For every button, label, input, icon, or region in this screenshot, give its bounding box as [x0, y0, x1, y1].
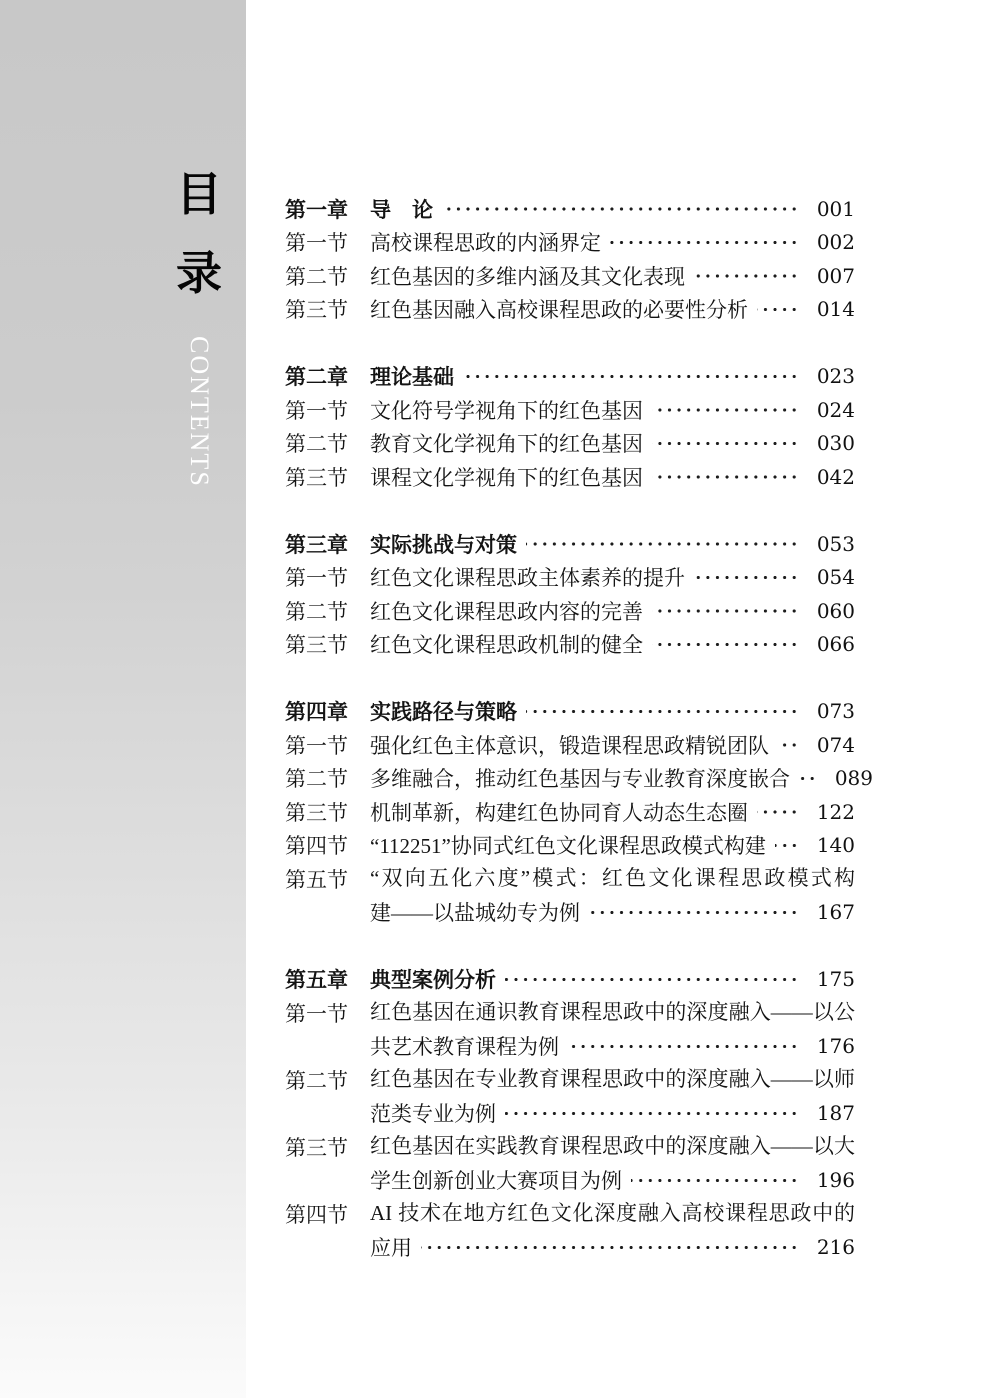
- section-title-line2: 范类专业为例: [370, 1098, 496, 1128]
- section-label: 第二节: [285, 763, 370, 793]
- section-row: 第四节 “112251”协同式红色文化课程思政模式构建 140: [285, 829, 855, 863]
- section-title-line2: 共艺术教育课程为例: [370, 1031, 559, 1061]
- section-row-wrapped-line1: 第四节 AI 技术在地方红色文化深度融入高校课程思政中的: [285, 1197, 855, 1231]
- dot-leader: [568, 1030, 799, 1064]
- page-number: 066: [809, 632, 855, 656]
- page-number: 074: [809, 733, 855, 757]
- dot-leader: [694, 561, 799, 595]
- page-number: 007: [809, 264, 855, 288]
- section-row-wrapped-line2: 学生创新创业大赛项目为例 196: [285, 1164, 855, 1198]
- section-label: 第三节: [285, 294, 370, 324]
- dot-leader: [610, 226, 799, 260]
- section-title: 多维融合，推动红色基因与专业教育深度嵌合: [370, 763, 790, 793]
- section-row: 第三节 红色文化课程思政机制的健全 066: [285, 628, 855, 662]
- section-row: 第一节 文化符号学视角下的红色基因 024: [285, 393, 855, 427]
- section-title-line1: 红色基因在通识教育课程思政中的深度融入——以公: [370, 996, 855, 1030]
- section-title: 文化符号学视角下的红色基因: [370, 395, 643, 425]
- section-title: 红色文化课程思政主体素养的提升: [370, 562, 685, 592]
- section-title-line2: 应用: [370, 1232, 412, 1262]
- page-number: 216: [809, 1235, 855, 1259]
- page-number: 023: [809, 364, 855, 388]
- dot-leader: [757, 795, 799, 829]
- page-number: 030: [809, 431, 855, 455]
- section-label: 第一节: [285, 730, 370, 760]
- section-title: 红色文化课程思政内容的完善: [370, 596, 643, 626]
- section-label: 第三节: [285, 1132, 370, 1162]
- section-row: 第二节 红色基因的多维内涵及其文化表现 007: [285, 259, 855, 293]
- dot-leader: [526, 527, 799, 561]
- section-title-line1: 红色基因在专业教育课程思政中的深度融入——以师: [370, 1063, 855, 1097]
- toc-title-char-1: 目: [168, 172, 230, 218]
- dot-leader: [631, 1164, 799, 1198]
- dot-leader: [589, 896, 799, 930]
- section-label: 第二节: [285, 596, 370, 626]
- dot-leader: [442, 192, 799, 226]
- section-row: 第二节 教育文化学视角下的红色基因 030: [285, 427, 855, 461]
- book-toc-page: 目 录 CONTENTS 第一章 导 论 001 第一节 高校课程思政的内涵界定…: [0, 0, 1000, 1398]
- toc-list: 第一章 导 论 001 第一节 高校课程思政的内涵界定 002 第二节 红色基因…: [285, 192, 855, 1264]
- section-title-line1: 红色基因在实践教育课程思政中的深度融入——以大: [370, 1130, 855, 1164]
- section-row-wrapped-line2: 应用 216: [285, 1231, 855, 1265]
- chapter-title: 理论基础: [370, 361, 454, 391]
- section-label: 第五节: [285, 864, 370, 894]
- dot-leader: [505, 1097, 799, 1131]
- chapter-title: 典型案例分析: [370, 964, 496, 994]
- section-row: 第一节 强化红色主体意识，锻造课程思政精锐团队 074: [285, 728, 855, 762]
- section-title: 红色基因融入高校课程思政的必要性分析: [370, 294, 748, 324]
- section-row: 第一节 高校课程思政的内涵界定 002: [285, 226, 855, 260]
- section-title-line2: 建——以盐城幼专为例: [370, 897, 580, 927]
- chapter-gap: [285, 494, 855, 528]
- toc-title-char-2: 录: [168, 251, 230, 297]
- section-label: 第二节: [285, 261, 370, 291]
- section-title-line1: “双向五化六度”模式：红色文化课程思政模式构: [370, 862, 855, 896]
- chapter-label: 第三章: [285, 529, 370, 559]
- page-number: 002: [809, 230, 855, 254]
- section-row: 第三节 机制革新，构建红色协同育人动态生态圈 122: [285, 795, 855, 829]
- chapter-gap: [285, 929, 855, 963]
- section-title: 教育文化学视角下的红色基因: [370, 428, 643, 458]
- section-row-wrapped-line1: 第五节 “双向五化六度”模式：红色文化课程思政模式构: [285, 862, 855, 896]
- dot-leader: [526, 695, 799, 729]
- page-number: 014: [809, 297, 855, 321]
- page-number: 140: [809, 833, 855, 857]
- section-label: 第一节: [285, 395, 370, 425]
- section-row-wrapped-line1: 第一节 红色基因在通识教育课程思政中的深度融入——以公: [285, 996, 855, 1030]
- section-title: “112251”协同式红色文化课程思政模式构建: [370, 830, 766, 860]
- dot-leader: [652, 393, 799, 427]
- section-row-wrapped-line2: 建——以盐城幼专为例 167: [285, 896, 855, 930]
- dot-leader: [652, 427, 799, 461]
- page-number: 175: [809, 967, 855, 991]
- section-title-line1: AI 技术在地方红色文化深度融入高校课程思政中的: [370, 1197, 855, 1231]
- dot-leader: [799, 762, 817, 796]
- section-row-wrapped-line2: 范类专业为例 187: [285, 1097, 855, 1131]
- section-label: 第三节: [285, 462, 370, 492]
- page-number: 073: [809, 699, 855, 723]
- dot-leader: [775, 829, 799, 863]
- page-number: 054: [809, 565, 855, 589]
- section-row: 第二节 多维融合，推动红色基因与专业教育深度嵌合 089: [285, 762, 855, 796]
- section-label: 第一节: [285, 998, 370, 1028]
- chapter-gap: [285, 326, 855, 360]
- page-number: 024: [809, 398, 855, 422]
- section-label: 第一节: [285, 562, 370, 592]
- chapter-row: 第一章 导 论 001: [285, 192, 855, 226]
- section-row: 第二节 红色文化课程思政内容的完善 060: [285, 594, 855, 628]
- dot-leader: [757, 293, 799, 327]
- section-label: 第三节: [285, 629, 370, 659]
- chapter-label: 第五章: [285, 964, 370, 994]
- sidebar: 目 录 CONTENTS: [0, 0, 246, 1398]
- toc-title: 目 录: [168, 172, 230, 297]
- section-row-wrapped-line1: 第三节 红色基因在实践教育课程思政中的深度融入——以大: [285, 1130, 855, 1164]
- chapter-label: 第一章: [285, 194, 370, 224]
- section-title: 高校课程思政的内涵界定: [370, 227, 601, 257]
- page-number: 053: [809, 532, 855, 556]
- section-label: 第四节: [285, 1199, 370, 1229]
- contents-vertical-label: CONTENTS: [184, 336, 214, 576]
- chapter-gap: [285, 661, 855, 695]
- dot-leader: [463, 360, 799, 394]
- section-row: 第三节 课程文化学视角下的红色基因 042: [285, 460, 855, 494]
- page-number: 187: [809, 1101, 855, 1125]
- dot-leader: [652, 594, 799, 628]
- section-label: 第四节: [285, 830, 370, 860]
- chapter-row: 第五章 典型案例分析 175: [285, 963, 855, 997]
- section-title: 机制革新，构建红色协同育人动态生态圈: [370, 797, 748, 827]
- page-number: 089: [827, 766, 873, 790]
- dot-leader: [778, 728, 799, 762]
- dot-leader: [652, 628, 799, 662]
- chapter-label: 第四章: [285, 696, 370, 726]
- section-row-wrapped-line2: 共艺术教育课程为例 176: [285, 1030, 855, 1064]
- section-label: 第二节: [285, 1065, 370, 1095]
- chapter-title: 实际挑战与对策: [370, 529, 517, 559]
- section-label: 第二节: [285, 428, 370, 458]
- page-number: 060: [809, 599, 855, 623]
- page-number: 176: [809, 1034, 855, 1058]
- section-title: 强化红色主体意识，锻造课程思政精锐团队: [370, 730, 769, 760]
- chapter-row: 第二章 理论基础 023: [285, 360, 855, 394]
- section-title: 课程文化学视角下的红色基因: [370, 462, 643, 492]
- page-number: 122: [809, 800, 855, 824]
- page-number: 196: [809, 1168, 855, 1192]
- section-row-wrapped-line1: 第二节 红色基因在专业教育课程思政中的深度融入——以师: [285, 1063, 855, 1097]
- section-title: 红色基因的多维内涵及其文化表现: [370, 261, 685, 291]
- chapter-title: 导 论: [370, 194, 433, 224]
- chapter-row: 第四章 实践路径与策略 073: [285, 695, 855, 729]
- section-label: 第三节: [285, 797, 370, 827]
- chapter-row: 第三章 实际挑战与对策 053: [285, 527, 855, 561]
- section-row: 第一节 红色文化课程思政主体素养的提升 054: [285, 561, 855, 595]
- page-number: 042: [809, 465, 855, 489]
- section-title-line2: 学生创新创业大赛项目为例: [370, 1165, 622, 1195]
- section-title: 红色文化课程思政机制的健全: [370, 629, 643, 659]
- section-label: 第一节: [285, 227, 370, 257]
- dot-leader: [652, 460, 799, 494]
- section-row: 第三节 红色基因融入高校课程思政的必要性分析 014: [285, 293, 855, 327]
- dot-leader: [421, 1231, 799, 1265]
- dot-leader: [694, 259, 799, 293]
- chapter-title: 实践路径与策略: [370, 696, 517, 726]
- page-number: 167: [809, 900, 855, 924]
- page-number: 001: [809, 197, 855, 221]
- dot-leader: [505, 963, 799, 997]
- chapter-label: 第二章: [285, 361, 370, 391]
